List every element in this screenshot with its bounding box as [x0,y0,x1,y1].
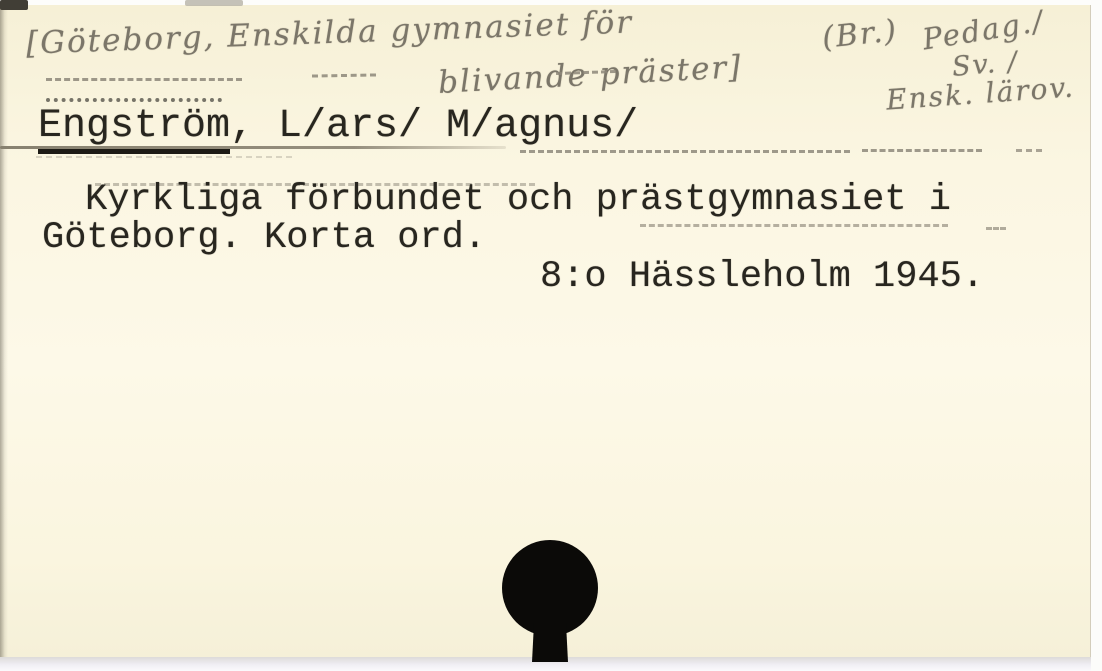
printed-rule-line [0,146,506,149]
handwritten-format-mark: (Br.) [820,13,899,56]
scan-smudge [0,0,28,10]
catalog-heading: Engström, L/ars/ M/agnus/ [38,107,638,147]
rule-dash-extension [862,149,982,152]
pencil-dash-underline [986,227,1006,230]
rule-dash-extension [520,150,850,153]
scan-smudge [185,0,243,6]
heading-forenames: , L/ars/ M/agnus/ [230,104,638,149]
typed-title-line2: Göteborg. Korta ord. [42,220,486,257]
punch-hole-icon [498,535,602,671]
handwritten-bracket-note-line2: blivande präster] [437,49,743,101]
scanned-catalog-card: [Göteborg, Enskilda gymnasiet för blivan… [0,0,1102,671]
pencil-dash-underline [312,73,376,77]
pencil-dash-underline [640,224,948,227]
faint-dash-underline [36,156,292,158]
typed-dotted-line [46,98,222,102]
handwritten-bracket-note-line1: [Göteborg, Enskilda gymnasiet för [26,4,634,61]
typed-imprint-line: 8:o Hässleholm 1945. [540,259,984,296]
pencil-dash-underline [46,78,242,81]
handwritten-classification-line3: Ensk. lärov. [885,70,1076,116]
scan-right-edge [1091,0,1102,671]
rule-dash-extension [1016,149,1042,152]
typed-title-line1: Kyrkliga förbundet och prästgymnasiet i [85,182,951,219]
